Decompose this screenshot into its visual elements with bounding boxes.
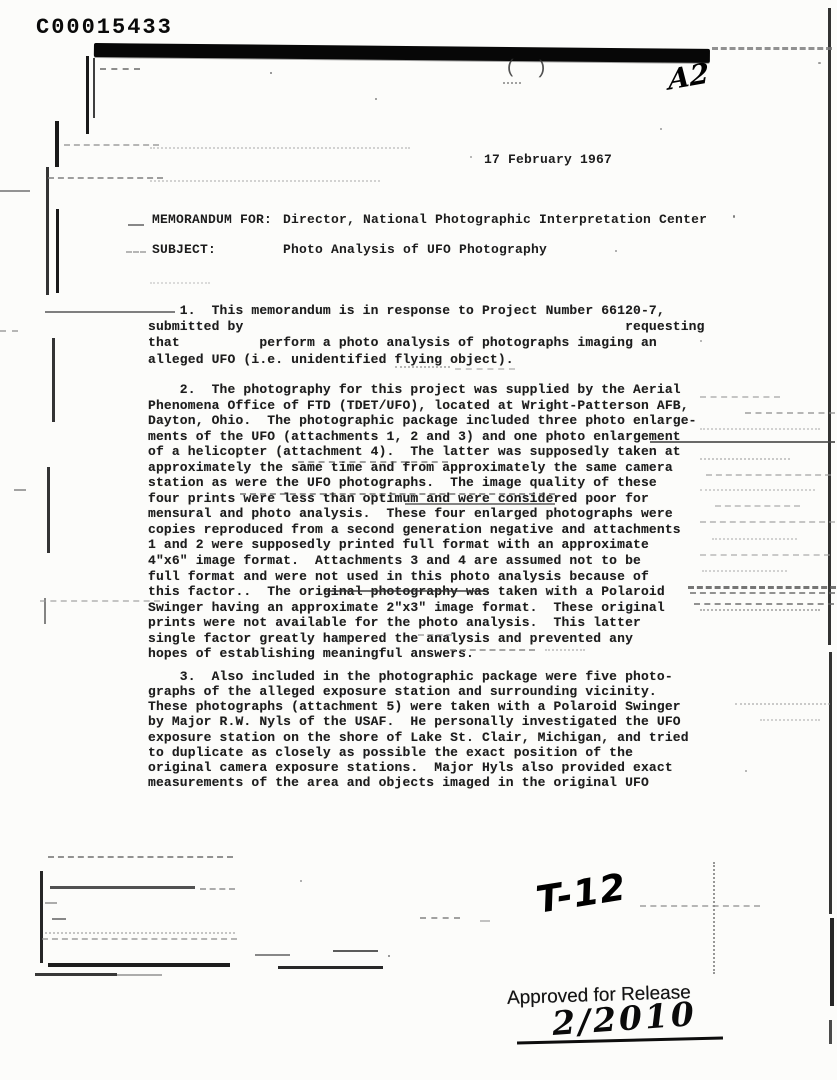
scan-artifact [545, 649, 585, 651]
scan-artifact [470, 156, 472, 158]
paragraph-1: 1. This memorandum is in response to Pro… [148, 303, 705, 368]
scan-artifact [700, 489, 815, 491]
scan-artifact [405, 503, 555, 505]
scan-artifact [388, 955, 390, 957]
handwritten-a2-mark: A2 [668, 56, 710, 96]
redaction-bar [94, 43, 710, 63]
scan-artifact [56, 209, 59, 293]
scan-artifact [40, 600, 160, 602]
scan-artifact [715, 505, 800, 507]
scan-artifact [50, 886, 195, 889]
scan-artifact [128, 224, 144, 226]
document-date: 17 February 1967 [484, 152, 612, 167]
scan-artifact [745, 412, 835, 414]
scan-artifact [117, 974, 162, 976]
scan-artifact [52, 918, 66, 920]
scan-artifact [375, 98, 377, 100]
scan-artifact [700, 458, 790, 460]
scan-artifact [150, 282, 210, 284]
memo-for-value: Director, National Photographic Interpre… [283, 212, 707, 227]
scan-artifact [503, 82, 521, 84]
scan-artifact [333, 950, 378, 952]
scan-artifact [126, 251, 146, 253]
scan-artifact [480, 920, 490, 922]
paragraph-3: 3. Also included in the photographic pac… [148, 669, 689, 790]
scan-artifact [745, 770, 747, 772]
scan-artifact [700, 521, 835, 523]
scan-artifact [14, 489, 26, 491]
scan-artifact [150, 180, 380, 182]
scan-artifact [700, 396, 780, 398]
scan-artifact [690, 592, 835, 594]
subject-label: SUBJECT: [152, 242, 283, 257]
scan-artifact [818, 62, 821, 64]
memo-header: MEMORANDUM FOR: Director, National Photo… [152, 212, 707, 257]
scan-artifact [700, 554, 830, 556]
scan-artifact [45, 311, 175, 313]
scan-artifact [48, 856, 233, 858]
document-page: C00015433 ( ) A2 17 February 1967 MEMORA… [0, 0, 837, 1080]
scan-artifact [829, 652, 832, 914]
scan-artifact [325, 590, 488, 592]
scan-artifact [0, 330, 18, 332]
scan-artifact [712, 47, 832, 50]
scan-artifact [48, 963, 230, 967]
scan-artifact [298, 461, 448, 463]
scan-artifact [55, 121, 59, 167]
scan-artifact [702, 570, 787, 572]
paragraph-2: 2. The photography for this project was … [148, 382, 697, 662]
scan-artifact [700, 428, 820, 430]
memo-for-label: MEMORANDUM FOR: [152, 212, 283, 227]
scan-artifact [46, 167, 49, 295]
scan-artifact [650, 441, 835, 443]
subject-value: Photo Analysis of UFO Photography [283, 242, 547, 257]
scan-artifact [700, 609, 820, 611]
doc-number: C00015433 [36, 15, 173, 40]
scan-artifact [760, 719, 820, 721]
scan-artifact [93, 58, 95, 118]
scan-artifact [100, 68, 140, 70]
handwritten-t12-mark: T-12 [533, 865, 629, 922]
scan-artifact [640, 905, 760, 907]
scan-artifact [418, 634, 452, 636]
scan-artifact [45, 932, 235, 934]
scan-artifact [48, 177, 163, 179]
scan-paren-mark: ( ) [505, 56, 552, 80]
scan-artifact [706, 474, 831, 476]
scan-artifact [47, 467, 50, 553]
scan-artifact [455, 368, 515, 370]
scan-artifact [300, 880, 302, 882]
scan-artifact [200, 888, 235, 890]
scan-artifact [42, 938, 237, 940]
scan-artifact [255, 954, 290, 956]
scan-dotted-line [713, 862, 715, 974]
subject-row: SUBJECT: Photo Analysis of UFO Photograp… [152, 242, 707, 257]
scan-artifact [660, 128, 662, 130]
memo-for-row: MEMORANDUM FOR: Director, National Photo… [152, 212, 707, 227]
scan-artifact [712, 538, 797, 540]
scan-artifact [733, 215, 735, 218]
scan-artifact [829, 1020, 832, 1044]
scan-artifact [86, 56, 89, 134]
scan-artifact [270, 72, 272, 74]
scan-artifact [688, 586, 836, 589]
scan-artifact [450, 649, 535, 651]
scan-artifact [64, 144, 159, 146]
scan-artifact [735, 703, 830, 705]
scan-artifact [420, 917, 460, 919]
scan-artifact [35, 973, 117, 976]
scan-artifact [52, 338, 55, 422]
scan-artifact [694, 603, 834, 605]
scan-artifact [828, 8, 831, 645]
scan-artifact [45, 902, 57, 904]
scan-artifact [240, 493, 555, 495]
scan-artifact [278, 966, 383, 969]
scan-artifact [830, 918, 834, 1006]
scan-artifact [0, 190, 30, 192]
scan-artifact [150, 147, 410, 149]
scan-artifact [615, 250, 617, 252]
scan-artifact [40, 871, 43, 963]
scan-artifact [395, 366, 450, 368]
scan-artifact [700, 340, 702, 342]
